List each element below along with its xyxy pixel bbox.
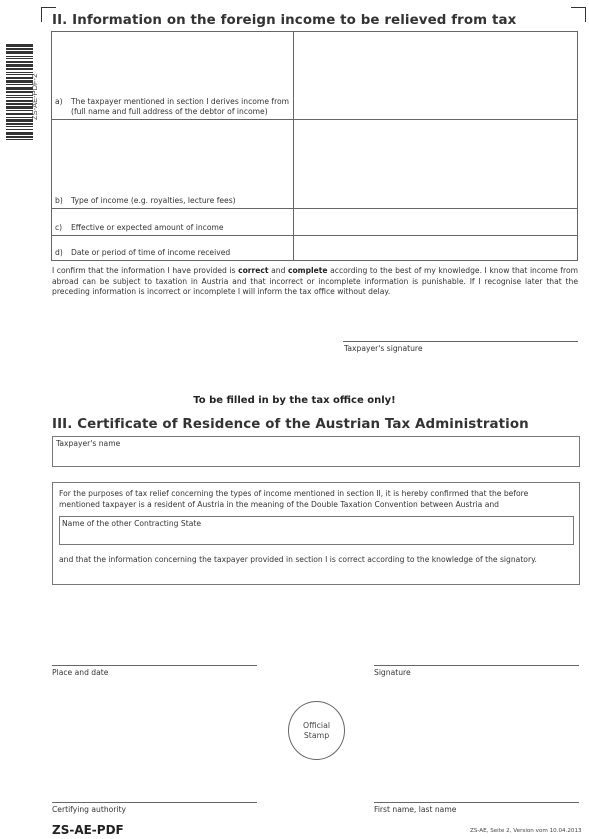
debtor-sublabel: (full name and full address of the debto…: [71, 107, 268, 116]
barcode: [6, 44, 33, 251]
certificate-text-2: and that the information concerning the …: [59, 555, 537, 564]
certifying-authority-line[interactable]: [52, 802, 257, 803]
debtor-field[interactable]: [294, 32, 578, 120]
debtor-label: The taxpayer mentioned in section I deri…: [71, 97, 289, 106]
taxpayer-signature-label: Taxpayer's signature: [344, 344, 423, 353]
table-row-amount: c) Effective or expected amount of incom…: [52, 209, 578, 236]
certificate-box: For the purposes of tax relief concernin…: [52, 482, 580, 585]
place-date-label: Place and date: [52, 668, 108, 677]
stamp-text-line2: Stamp: [304, 731, 329, 740]
taxpayer-signature-line[interactable]: [343, 341, 578, 342]
row-key: d): [55, 248, 65, 258]
row-key: c): [55, 223, 65, 233]
amount-label: Effective or expected amount of income: [71, 223, 224, 233]
income-type-field[interactable]: [294, 120, 578, 209]
type-label-cell: b) Type of income (e.g. royalties, lectu…: [52, 120, 294, 209]
row-key: a): [55, 97, 65, 117]
side-form-code: ZS-AE-PDF-2: [30, 74, 39, 120]
income-amount-field[interactable]: [294, 209, 578, 236]
taxpayer-name-label: Taxpayer's name: [56, 439, 120, 448]
section-2-heading: II. Information on the foreign income to…: [52, 13, 516, 28]
date-label-cell: d) Date or period of time of income rece…: [52, 236, 294, 261]
confirmation-text: I confirm that the information I have pr…: [52, 266, 578, 298]
place-date-line[interactable]: [52, 665, 257, 666]
tax-office-only-note: To be filled in by the tax office only!: [0, 395, 589, 406]
signature-label: Signature: [374, 668, 411, 677]
stamp-text-line1: Official: [303, 721, 330, 730]
amount-label-cell: c) Effective or expected amount of incom…: [52, 209, 294, 236]
table-row-date: d) Date or period of time of income rece…: [52, 236, 578, 261]
certifying-authority-label: Certifying authority: [52, 805, 126, 814]
row-key: b): [55, 196, 65, 206]
name-label: First name, last name: [374, 805, 456, 814]
date-label: Date or period of time of income receive…: [71, 248, 230, 258]
other-contracting-state-field[interactable]: Name of the other Contracting State: [59, 516, 574, 545]
certificate-text-1: For the purposes of tax relief concernin…: [59, 489, 571, 510]
table-row-type: b) Type of income (e.g. royalties, lectu…: [52, 120, 578, 209]
official-stamp-circle: OfficialStamp: [288, 701, 345, 760]
signature-line[interactable]: [374, 665, 579, 666]
table-row-debtor: a) The taxpayer mentioned in section I d…: [52, 32, 578, 120]
foreign-income-table: a) The taxpayer mentioned in section I d…: [51, 31, 578, 261]
footer-form-code: ZS-AE-PDF: [52, 823, 124, 837]
other-contracting-state-label: Name of the other Contracting State: [62, 519, 201, 528]
taxpayer-name-field[interactable]: Taxpayer's name: [52, 436, 580, 467]
footer-version: ZS-AE, Seite 2, Version vom 10.04.2013: [470, 828, 582, 834]
debtor-label-cell: a) The taxpayer mentioned in section I d…: [52, 32, 294, 120]
registration-mark-top-right: [571, 7, 586, 22]
income-date-field[interactable]: [294, 236, 578, 261]
type-label: Type of income (e.g. royalties, lecture …: [71, 196, 236, 206]
section-3-heading: III. Certificate of Residence of the Aus…: [52, 417, 529, 432]
name-line[interactable]: [374, 802, 579, 803]
